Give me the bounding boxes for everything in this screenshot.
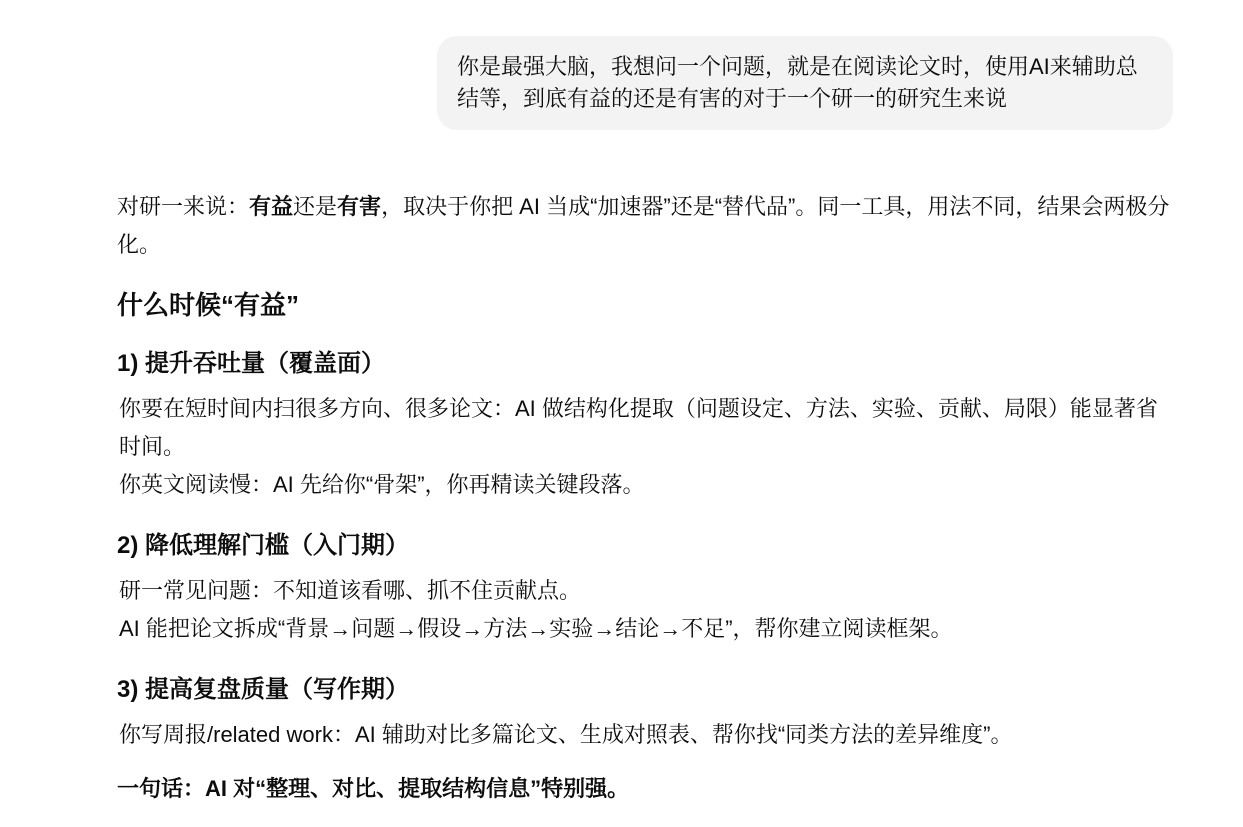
- section-1-paragraph-1: 你要在短时间内扫很多方向、很多论文：AI 做结构化提取（问题设定、方法、实验、贡…: [117, 390, 1173, 466]
- chat-content-column: 你是最强大脑，我想问一个问题，就是在阅读论文时，使用AI来辅助总结等，到底有益的…: [117, 0, 1173, 808]
- summary-line: 一句话：AI 对“整理、对比、提取结构信息”特别强。: [117, 770, 1173, 808]
- section-1-paragraph-2: 你英文阅读慢：AI 先给你“骨架”，你再精读关键段落。: [117, 466, 1173, 504]
- section-3-heading: 3) 提高复盘质量（写作期）: [117, 674, 1173, 706]
- section-comprehension: 2) 降低理解门槛（入门期） 研一常见问题：不知道该看哪、抓不住贡献点。 AI …: [117, 530, 1173, 648]
- intro-text-2: 还是: [293, 194, 337, 219]
- section-throughput: 1) 提升吞吐量（覆盖面） 你要在短时间内扫很多方向、很多论文：AI 做结构化提…: [117, 348, 1173, 504]
- section-3-paragraph-1: 你写周报/related work：AI 辅助对比多篇论文、生成对照表、帮你找“…: [117, 716, 1173, 754]
- user-message-text: 你是最强大脑，我想问一个问题，就是在阅读论文时，使用AI来辅助总结等，到底有益的…: [457, 54, 1138, 111]
- benefit-section-title: 什么时候“有益”: [117, 288, 1173, 322]
- intro-bold-beneficial: 有益: [249, 194, 293, 219]
- section-2-paragraph-2: AI 能把论文拆成“背景→问题→假设→方法→实验→结论→不足”，帮你建立阅读框架…: [117, 610, 1173, 648]
- intro-paragraph: 对研一来说：有益还是有害，取决于你把 AI 当成“加速器”还是“替代品”。同一工…: [117, 188, 1173, 264]
- section-2-paragraph-1: 研一常见问题：不知道该看哪、抓不住贡献点。: [117, 572, 1173, 610]
- section-2-heading: 2) 降低理解门槛（入门期）: [117, 530, 1173, 562]
- user-message-row: 你是最强大脑，我想问一个问题，就是在阅读论文时，使用AI来辅助总结等，到底有益的…: [117, 0, 1173, 130]
- assistant-message: 对研一来说：有益还是有害，取决于你把 AI 当成“加速器”还是“替代品”。同一工…: [117, 188, 1173, 808]
- section-review-quality: 3) 提高复盘质量（写作期） 你写周报/related work：AI 辅助对比…: [117, 674, 1173, 754]
- intro-bold-harmful: 有害: [337, 194, 381, 219]
- intro-text-1: 对研一来说：: [117, 194, 249, 219]
- user-message-bubble: 你是最强大脑，我想问一个问题，就是在阅读论文时，使用AI来辅助总结等，到底有益的…: [437, 36, 1173, 130]
- section-1-heading: 1) 提升吞吐量（覆盖面）: [117, 348, 1173, 380]
